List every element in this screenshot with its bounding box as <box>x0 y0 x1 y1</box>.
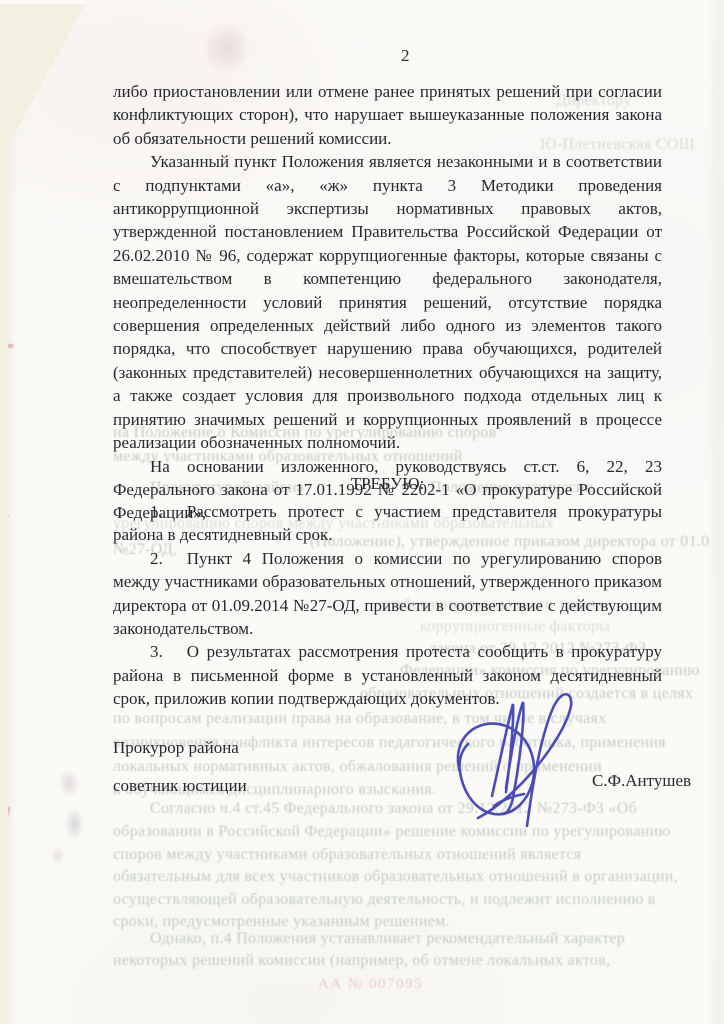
demand-item: 1.Рассмотреть протест с участием предста… <box>113 500 662 547</box>
ghost-line: споров между участниками образовательных… <box>113 846 581 864</box>
page-crease-mark <box>0 515 9 518</box>
demand-item-number: 2. <box>150 549 163 568</box>
demand-item-text: Рассмотреть протест с участием представи… <box>113 502 662 544</box>
ghost-line: некоторых решений комиссии (например, об… <box>113 952 610 970</box>
demand-item-number: 1. <box>150 502 163 521</box>
page-crease-mark <box>0 805 11 821</box>
body-paragraph: Указанный пункт Положения является незак… <box>113 150 662 454</box>
demand-item-text: Пункт 4 Положения о комиссии по урегулир… <box>113 549 662 638</box>
body-text-block: либо приостановлении или отмене ранее пр… <box>113 80 662 525</box>
signoff-name: С.Ф.Антушев <box>592 771 691 791</box>
demand-item: 2.Пункт 4 Положения о комиссии по урегул… <box>113 547 662 641</box>
signature-ink <box>420 676 590 841</box>
demands-heading: ТРЕБУЮ: <box>113 474 662 494</box>
ghost-line: осуществляющей образовательную деятельно… <box>113 891 656 909</box>
scanned-document-page: 2 Директору Ю-Плетневская СОШ на Положен… <box>0 0 724 1024</box>
page-number: 2 <box>401 46 410 66</box>
signoff-title-line-2: советник юстиции <box>113 776 247 796</box>
coat-of-arms-bleedthrough <box>196 14 258 82</box>
ghost-form-serial: АА № 007095 <box>318 976 423 993</box>
page-crease-mark <box>0 344 13 348</box>
ink-smudge <box>60 800 88 848</box>
signoff-title-line-1: Прокурор района <box>113 738 239 758</box>
ghost-line: обязательным для всех участников образов… <box>113 868 678 886</box>
ghost-line: Однако, п.4 Положения устанавливает реко… <box>150 930 625 948</box>
demand-item-number: 3. <box>150 642 163 661</box>
paper-sheet: 2 Директору Ю-Плетневская СОШ на Положен… <box>0 0 724 1024</box>
body-paragraph: либо приостановлении или отмене ранее пр… <box>113 80 662 150</box>
ghost-line: сроки, предусмотренные указанным решение… <box>113 913 450 931</box>
ink-smudge <box>54 762 84 804</box>
ink-smudge <box>48 842 68 868</box>
